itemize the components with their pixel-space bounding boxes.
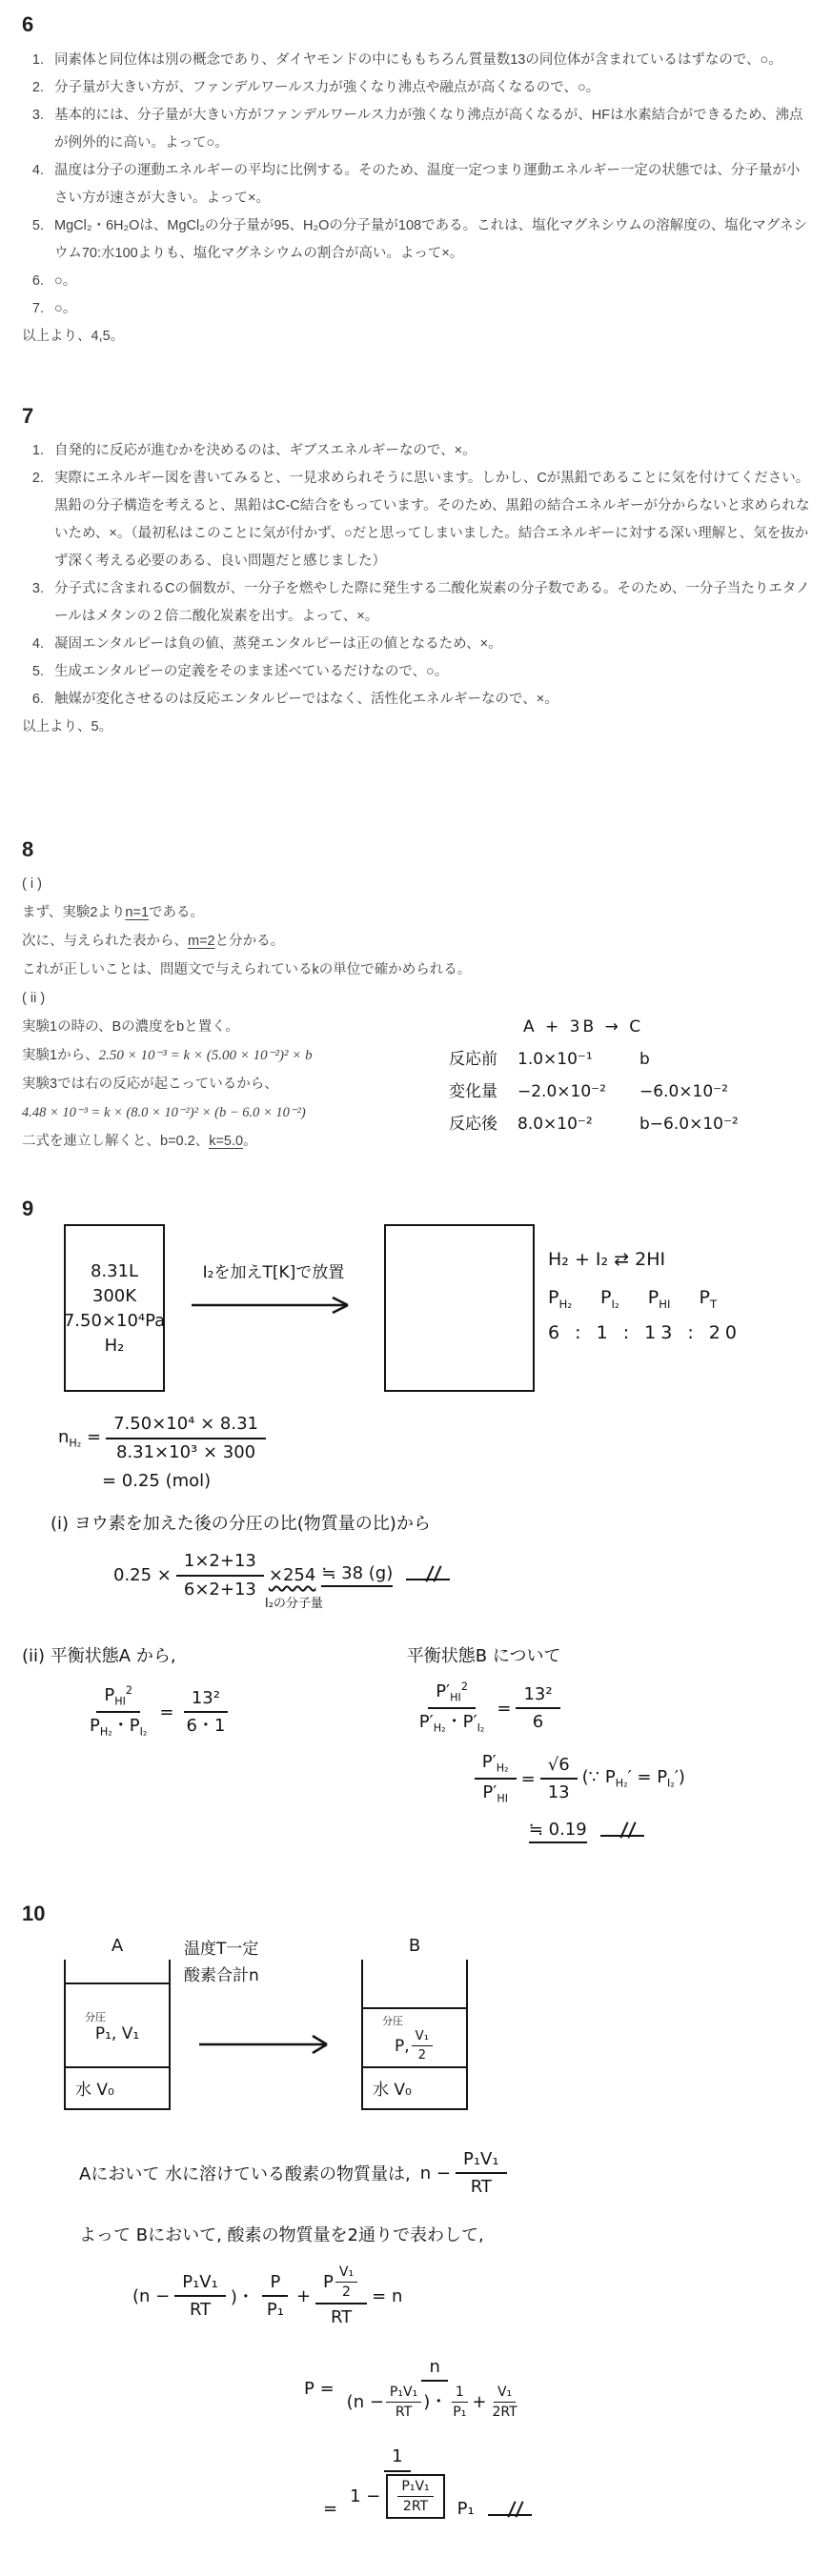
condition-label-oxygen: 酸素合計n <box>184 1962 354 1989</box>
plus-sign: + <box>296 2286 311 2306</box>
answer-item: 自発的に反応が進むかを決めるのは、ギブスエネルギーなので、×。 <box>48 437 813 465</box>
equilibrium-equation: H₂ + I₂ ⇄ 2HI <box>548 1249 741 1270</box>
vessel-b-headspace <box>363 1960 466 2007</box>
equilibrium-constant-b: P′HI2P′H₂・P′I₂ = 13²6 <box>407 1680 813 1736</box>
text-run: である。 <box>149 905 204 920</box>
table-row: 反応後8.0×10⁻²b−6.0×10⁻² <box>449 1108 739 1140</box>
section-6-heading: 6 <box>22 11 813 39</box>
equilibrium-notes: H₂ + I₂ ⇄ 2HI PH₂ PI₂ PHI PT 6 : 1 : 13 … <box>548 1224 741 1343</box>
close-paren: )・ <box>423 2392 447 2412</box>
final-ratio-answer: ≒ 0.19 <box>529 1820 813 1843</box>
answer-item: ○。 <box>48 295 813 323</box>
answer-item: MgCl₂・6H₂Oは、MgCl₂の分子量が95、H₂Oの分子量が108である。… <box>48 212 813 268</box>
open-paren: (n − <box>132 2286 170 2306</box>
fraction: 1 1 − P₁V₁2RT <box>342 2445 453 2519</box>
underlined-answer: n=1 <box>125 905 149 920</box>
section-7: 7 自発的に反応が進むかを決めるのは、ギブスエネルギーなので、×。 実際にエネル… <box>22 403 813 742</box>
fraction: P₁V₁RT <box>456 2148 507 2199</box>
answer-text: 生成エンタルピーの定義をそのまま述べているだけなので、○。 <box>54 664 448 679</box>
vessel-b-water-region: 水 V₀ <box>363 2068 466 2108</box>
nested-fraction: V₁2 <box>335 2264 357 2302</box>
because-note: (∵ PH₂′ = PI₂′) <box>582 1767 685 1790</box>
vessel-b-group: B 分圧 P, V₁2 水 V₀ <box>361 1936 468 2110</box>
equilibrium-a-column: (ii) 平衡状態A から, PHI2PH₂・PI₂ = 13²6・1 <box>22 1642 386 1843</box>
molar-mass-term: ×254I₂の分子量 <box>269 1565 315 1585</box>
pressure-symbol: P, <box>395 2037 410 2056</box>
part-label: (ii) <box>22 1646 45 1666</box>
part-label: ( i ) <box>22 870 813 898</box>
section-9-heading: 9 <box>22 1196 813 1223</box>
section-6: 6 同素体と同位体は別の概念であり、ダイヤモンドの中にももちろん質量数13の同位… <box>22 11 813 351</box>
text-run: 二式を連立し解くと、b=0.2、 <box>22 1134 209 1149</box>
open-paren: (n − <box>347 2392 384 2412</box>
vessel-b-label: B <box>361 1936 468 1956</box>
answer-text: 実際にエネルギー図を書いてみると、一見求められそうに思います。しかし、Cが黒鉛で… <box>54 471 810 569</box>
pressure-symbol: PT <box>700 1287 718 1311</box>
table-row: 反応前1.0×10⁻¹b <box>449 1043 739 1076</box>
solution-line: 次に、与えられた表から、m=2と分かる。 <box>22 927 813 956</box>
nested-fraction: P₁V₁2RT <box>397 2478 433 2516</box>
end-mark-icon <box>488 2504 532 2519</box>
answer-text: 同素体と同位体は別の概念であり、ダイヤモンドの中にももちろん質量数13の同位体が… <box>54 52 782 68</box>
mass-calculation: 0.25 × 1×2+136×2+13 ×254I₂の分子量 ≒ 38 (g) <box>113 1550 813 1629</box>
answer-item: 触媒が変化させるのは反応エンタルピーではなく、活性化エネルギーなので、×。 <box>48 686 813 714</box>
end-mark-icon <box>406 1568 450 1583</box>
document-page: 6 同素体と同位体は別の概念であり、ダイヤモンドの中にももちろん質量数13の同位… <box>0 0 832 2576</box>
cell-a: 1.0×10⁻¹ <box>517 1043 639 1076</box>
text-run: 次に、与えられた表から、 <box>22 934 188 949</box>
initial-state-box: 8.31L 300K 7.50×10⁴Pa H₂ <box>64 1224 165 1392</box>
pressure-symbol: PH₂ <box>548 1287 572 1311</box>
p1-factor: P₁ <box>457 2499 475 2519</box>
fraction: 7.50×10⁴ × 8.318.31×10³ × 300 <box>106 1413 266 1463</box>
pressure-symbol: PHI <box>648 1287 671 1311</box>
plus-sign: + <box>472 2392 486 2412</box>
cell-a: 8.0×10⁻² <box>517 1108 639 1140</box>
gas-species: H₂ <box>105 1336 125 1356</box>
row-label: 変化量 <box>449 1076 517 1108</box>
answer-text: MgCl₂・6H₂Oは、MgCl₂の分子量が95、H₂Oの分子量が108である。… <box>54 218 807 261</box>
answer-item: 基本的には、分子量が大きい方がファンデルワールス力が強くなり沸点が高くなるが、H… <box>48 102 813 157</box>
section-6-answer-list: 同素体と同位体は別の概念であり、ダイヤモンドの中にももちろん質量数13の同位体が… <box>22 47 813 323</box>
section-8-heading: 8 <box>22 836 813 864</box>
partial-pressure-tag: 分圧 <box>382 2013 403 2028</box>
answer-text: 触媒が変化させるのは反応エンタルピーではなく、活性化エネルギーなので、×。 <box>54 692 558 707</box>
fraction: P′HI2P′H₂・P′I₂ <box>412 1680 493 1736</box>
solution-line: これが正しいことは、問題文で与えられているkの単位で確かめられる。 <box>22 956 813 984</box>
nested-fraction: P₁V₁RT <box>386 2384 421 2422</box>
part-label: ( ii ) <box>22 984 813 1013</box>
handwritten-ice-table: A + 3B → C 反応前1.0×10⁻¹b 変化量−2.0×10⁻²−6.0… <box>449 1011 739 1140</box>
section-10-heading: 10 <box>22 1901 813 1928</box>
answer-item: ○。 <box>48 268 813 295</box>
vessel-a: 分圧 P₁, V₁ 水 V₀ <box>64 1960 171 2110</box>
fraction: PV₁2 RT <box>315 2264 367 2329</box>
sentence-text: Aにおいて 水に溶けている酸素の物質量は, <box>79 2161 411 2185</box>
coefficient: 0.25 × <box>113 1565 172 1585</box>
section-7-heading: 7 <box>22 403 813 431</box>
part-i-line: (i) ヨウ素を加えた後の分圧の比(物質量の比)から <box>51 1510 813 1535</box>
mole-calculation: nH₂ = 7.50×10⁴ × 8.318.31×10³ × 300 = 0.… <box>58 1413 813 1491</box>
fraction: n (n −P₁V₁RT)・1P₁+V₁2RT <box>339 2356 531 2422</box>
answer-value: ≒ 0.19 <box>529 1820 587 1843</box>
answer-text: 温度は分子の運動エネルギーの平均に比例する。そのため、温度一定つまり運動エネルギ… <box>54 163 800 206</box>
volume-value: 8.31L <box>91 1261 138 1281</box>
reaction-equation: A + 3B → C <box>523 1011 739 1043</box>
right-arrow-icon <box>188 1292 359 1315</box>
underlined-answer: k=5.0 <box>209 1134 243 1149</box>
vessel-b: 分圧 P, V₁2 水 V₀ <box>361 1960 468 2110</box>
answer-item: 凝固エンタルピーは負の値、蒸発エンタルピーは正の値となるため、×。 <box>48 631 813 658</box>
row-label: 反応前 <box>449 1043 517 1076</box>
equals-sign: = <box>159 1702 173 1722</box>
cell-b: −6.0×10⁻² <box>639 1082 728 1101</box>
rate-equation-1: 2.50 × 10⁻³ = k × (5.00 × 10⁻²)² × b <box>99 1048 313 1063</box>
section-8-body: ( i ) まず、実験2よりn=1である。 次に、与えられた表から、m=2と分か… <box>22 870 813 1156</box>
fraction: √613 <box>540 1754 578 1804</box>
part-ii-title-a: (ii) 平衡状態A から, <box>22 1642 386 1667</box>
vessel-a-gas-region: 分圧 P₁, V₁ <box>66 1982 169 2068</box>
mass-answer: ≒ 38 (g) <box>321 1563 393 1587</box>
text-run: と分かる。 <box>215 934 285 949</box>
gas-state-values: P, V₁2 <box>395 2028 435 2063</box>
section-9: 9 8.31L 300K 7.50×10⁴Pa H₂ I₂を加えT[K]で放置 … <box>22 1196 813 1844</box>
section-10-diagram: A 分圧 P₁, V₁ 水 V₀ 温度T一定 酸素合計n B <box>64 1936 813 2110</box>
answer-item: 同素体と同位体は別の概念であり、ダイヤモンドの中にももちろん質量数13の同位体が… <box>48 47 813 74</box>
answer-item: 分子式に含まれるCの個数が、一分子を燃やした際に発生する二酸化炭素の分子数である… <box>48 575 813 631</box>
part-ii-block: (ii) 平衡状態A から, PHI2PH₂・PI₂ = 13²6・1 平衡状態… <box>22 1642 813 1843</box>
section-7-answer-list: 自発的に反応が進むかを決めるのは、ギブスエネルギーなので、×。 実際にエネルギー… <box>22 437 813 714</box>
fraction: PHI2PH₂・PI₂ <box>82 1684 154 1740</box>
process-arrow-group: 温度T一定 酸素合計n <box>178 1936 354 2056</box>
right-arrow-icon <box>197 2031 340 2056</box>
one-minus: 1 − <box>350 2485 380 2507</box>
answer-item: 温度は分子の運動エネルギーの平均に比例する。そのため、温度一定つまり運動エネルギ… <box>48 157 813 212</box>
numerator-symbol: P <box>323 2271 334 2291</box>
vessel-a-group: A 分圧 P₁, V₁ 水 V₀ <box>64 1936 171 2110</box>
part-label: (i) <box>51 1514 69 1534</box>
fraction: PP₁ <box>259 2271 292 2322</box>
equals-n: = n <box>372 2286 402 2306</box>
solution-line: まず、実験2よりn=1である。 <box>22 898 813 927</box>
equilibrium-b-column: 平衡状態B について P′HI2P′H₂・P′I₂ = 13²6 P′H₂P′H… <box>386 1642 813 1843</box>
gas-state-values: P₁, V₁ <box>95 2024 139 2043</box>
conclusion-text: 以上より、5。 <box>22 714 813 741</box>
row-label: 反応後 <box>449 1108 517 1140</box>
process-arrow-group: I₂を加えT[K]で放置 <box>176 1258 371 1315</box>
pressure-value: 7.50×10⁴Pa <box>64 1311 165 1331</box>
fraction: 13²6・1 <box>178 1687 233 1738</box>
answer-item: 分子量が大きい方が、ファンデルワールス力が強くなり沸点や融点が高くなるので、○。 <box>48 74 813 102</box>
answer-text: 分子式に含まれるCの個数が、一分子を燃やした際に発生する二酸化炭素の分子数である… <box>54 581 809 624</box>
close-paren: )・ <box>231 2284 254 2308</box>
fraction: V₁2 <box>412 2028 433 2063</box>
answer-text: 分子量が大きい方が、ファンデルワールス力が強くなり沸点や融点が高くなるので、○。 <box>54 80 599 95</box>
dissolved-oxygen-line: Aにおいて 水に溶けている酸素の物質量は, n − P₁V₁RT <box>79 2148 813 2199</box>
cell-a: −2.0×10⁻² <box>517 1076 639 1108</box>
answer-text: ○。 <box>54 301 76 316</box>
final-state-box <box>384 1224 535 1392</box>
fraction: 1×2+136×2+13 <box>176 1550 264 1600</box>
answer-text: 基本的には、分子量が大きい方がファンデルワールス力が強くなり沸点が高くなるが、H… <box>54 108 803 151</box>
part-text: 平衡状態A から, <box>51 1646 176 1666</box>
molar-mass-value: ×254 <box>269 1565 315 1585</box>
answer-item: 生成エンタルピーの定義をそのまま述べているだけなので、○。 <box>48 658 813 686</box>
section-10-derivation: Aにおいて 水に溶けている酸素の物質量は, n − P₁V₁RT よって Bにお… <box>22 2148 813 2519</box>
vessel-a-label: A <box>64 1936 171 1956</box>
section-8: 8 ( i ) まず、実験2よりn=1である。 次に、与えられた表から、m=2と… <box>22 836 813 1156</box>
text-run: まず、実験2より <box>22 905 125 920</box>
section-9-diagram: 8.31L 300K 7.50×10⁴Pa H₂ I₂を加えT[K]で放置 H₂… <box>64 1224 813 1392</box>
final-pressure-equation: = 1 1 − P₁V₁2RT P₁ <box>323 2445 813 2519</box>
vessel-a-headspace <box>66 1960 169 1982</box>
condition-label-temperature: 温度T一定 <box>184 1936 354 1962</box>
vessel-b-gas-region: 分圧 P, V₁2 <box>363 2007 466 2068</box>
section-10: 10 A 分圧 P₁, V₁ 水 V₀ 温度T一定 酸素合計n B <box>22 1901 813 2519</box>
answer-text: ○。 <box>54 273 76 289</box>
pressure-ratio: 6 : 1 : 13 : 20 <box>548 1322 741 1343</box>
answer-text: 凝固エンタルピーは負の値、蒸発エンタルピーは正の値となるため、×。 <box>54 636 502 652</box>
end-mark-icon <box>600 1824 644 1840</box>
vessel-a-water-region: 水 V₀ <box>66 2068 169 2108</box>
part-text: ヨウ素を加えた後の分圧の比(物質量の比)から <box>74 1514 431 1534</box>
temperature-value: 300K <box>92 1286 136 1306</box>
pressure-solve-equation: P = n (n −P₁V₁RT)・1P₁+V₁2RT <box>304 2356 813 2422</box>
n-minus: n − <box>420 2163 451 2184</box>
two-ways-line: よって Bにおいて, 酸素の物質量を2通りで表わして, <box>79 2222 813 2246</box>
fraction: P₁V₁RT <box>174 2271 226 2322</box>
partial-pressure-tag: 分圧 <box>85 2009 106 2024</box>
equals-sign: = <box>521 1769 536 1789</box>
fraction: P′H₂P′HI <box>475 1751 517 1806</box>
nested-fraction: 1P₁ <box>449 2384 470 2422</box>
part-ii-title-b: 平衡状態B について <box>407 1642 813 1667</box>
n-lhs: nH₂ = <box>58 1427 101 1450</box>
molar-mass-note: I₂の分子量 <box>265 1593 323 1611</box>
nested-fraction: V₁2RT <box>488 2384 520 2422</box>
boxed-term: P₁V₁2RT <box>386 2474 444 2520</box>
pressure-ratio-equation: P′H₂P′HI = √613 (∵ PH₂′ = PI₂′) <box>470 1751 813 1806</box>
partial-pressure-row: PH₂ PI₂ PHI PT <box>548 1287 741 1311</box>
equals-sign: = <box>323 2499 337 2519</box>
table-row: 変化量−2.0×10⁻²−6.0×10⁻² <box>449 1076 739 1108</box>
arrow-label: I₂を加えT[K]で放置 <box>176 1258 371 1282</box>
conclusion-text: 以上より、4,5。 <box>22 323 813 351</box>
n-result: = 0.25 (mol) <box>102 1471 813 1491</box>
fraction: 13²6 <box>516 1683 559 1734</box>
text-run: 。 <box>243 1134 257 1149</box>
mole-balance-equation: (n − P₁V₁RT )・ PP₁ + PV₁2 RT = n <box>132 2264 813 2329</box>
answer-item: 実際にエネルギー図を書いてみると、一見求められそうに思います。しかし、Cが黒鉛で… <box>48 465 813 575</box>
cell-b: b−6.0×10⁻² <box>639 1115 739 1134</box>
equilibrium-constant-a: PHI2PH₂・PI₂ = 13²6・1 <box>77 1684 386 1740</box>
cell-b: b <box>639 1050 650 1069</box>
text-run: 実験1から、 <box>22 1048 99 1063</box>
underlined-answer: m=2 <box>188 934 215 949</box>
equals-sign: = <box>497 1699 511 1719</box>
p-equals: P = <box>304 2379 335 2399</box>
answer-text: 自発的に反応が進むかを決めるのは、ギブスエネルギーなので、×。 <box>54 443 477 458</box>
pressure-symbol: PI₂ <box>600 1287 619 1311</box>
